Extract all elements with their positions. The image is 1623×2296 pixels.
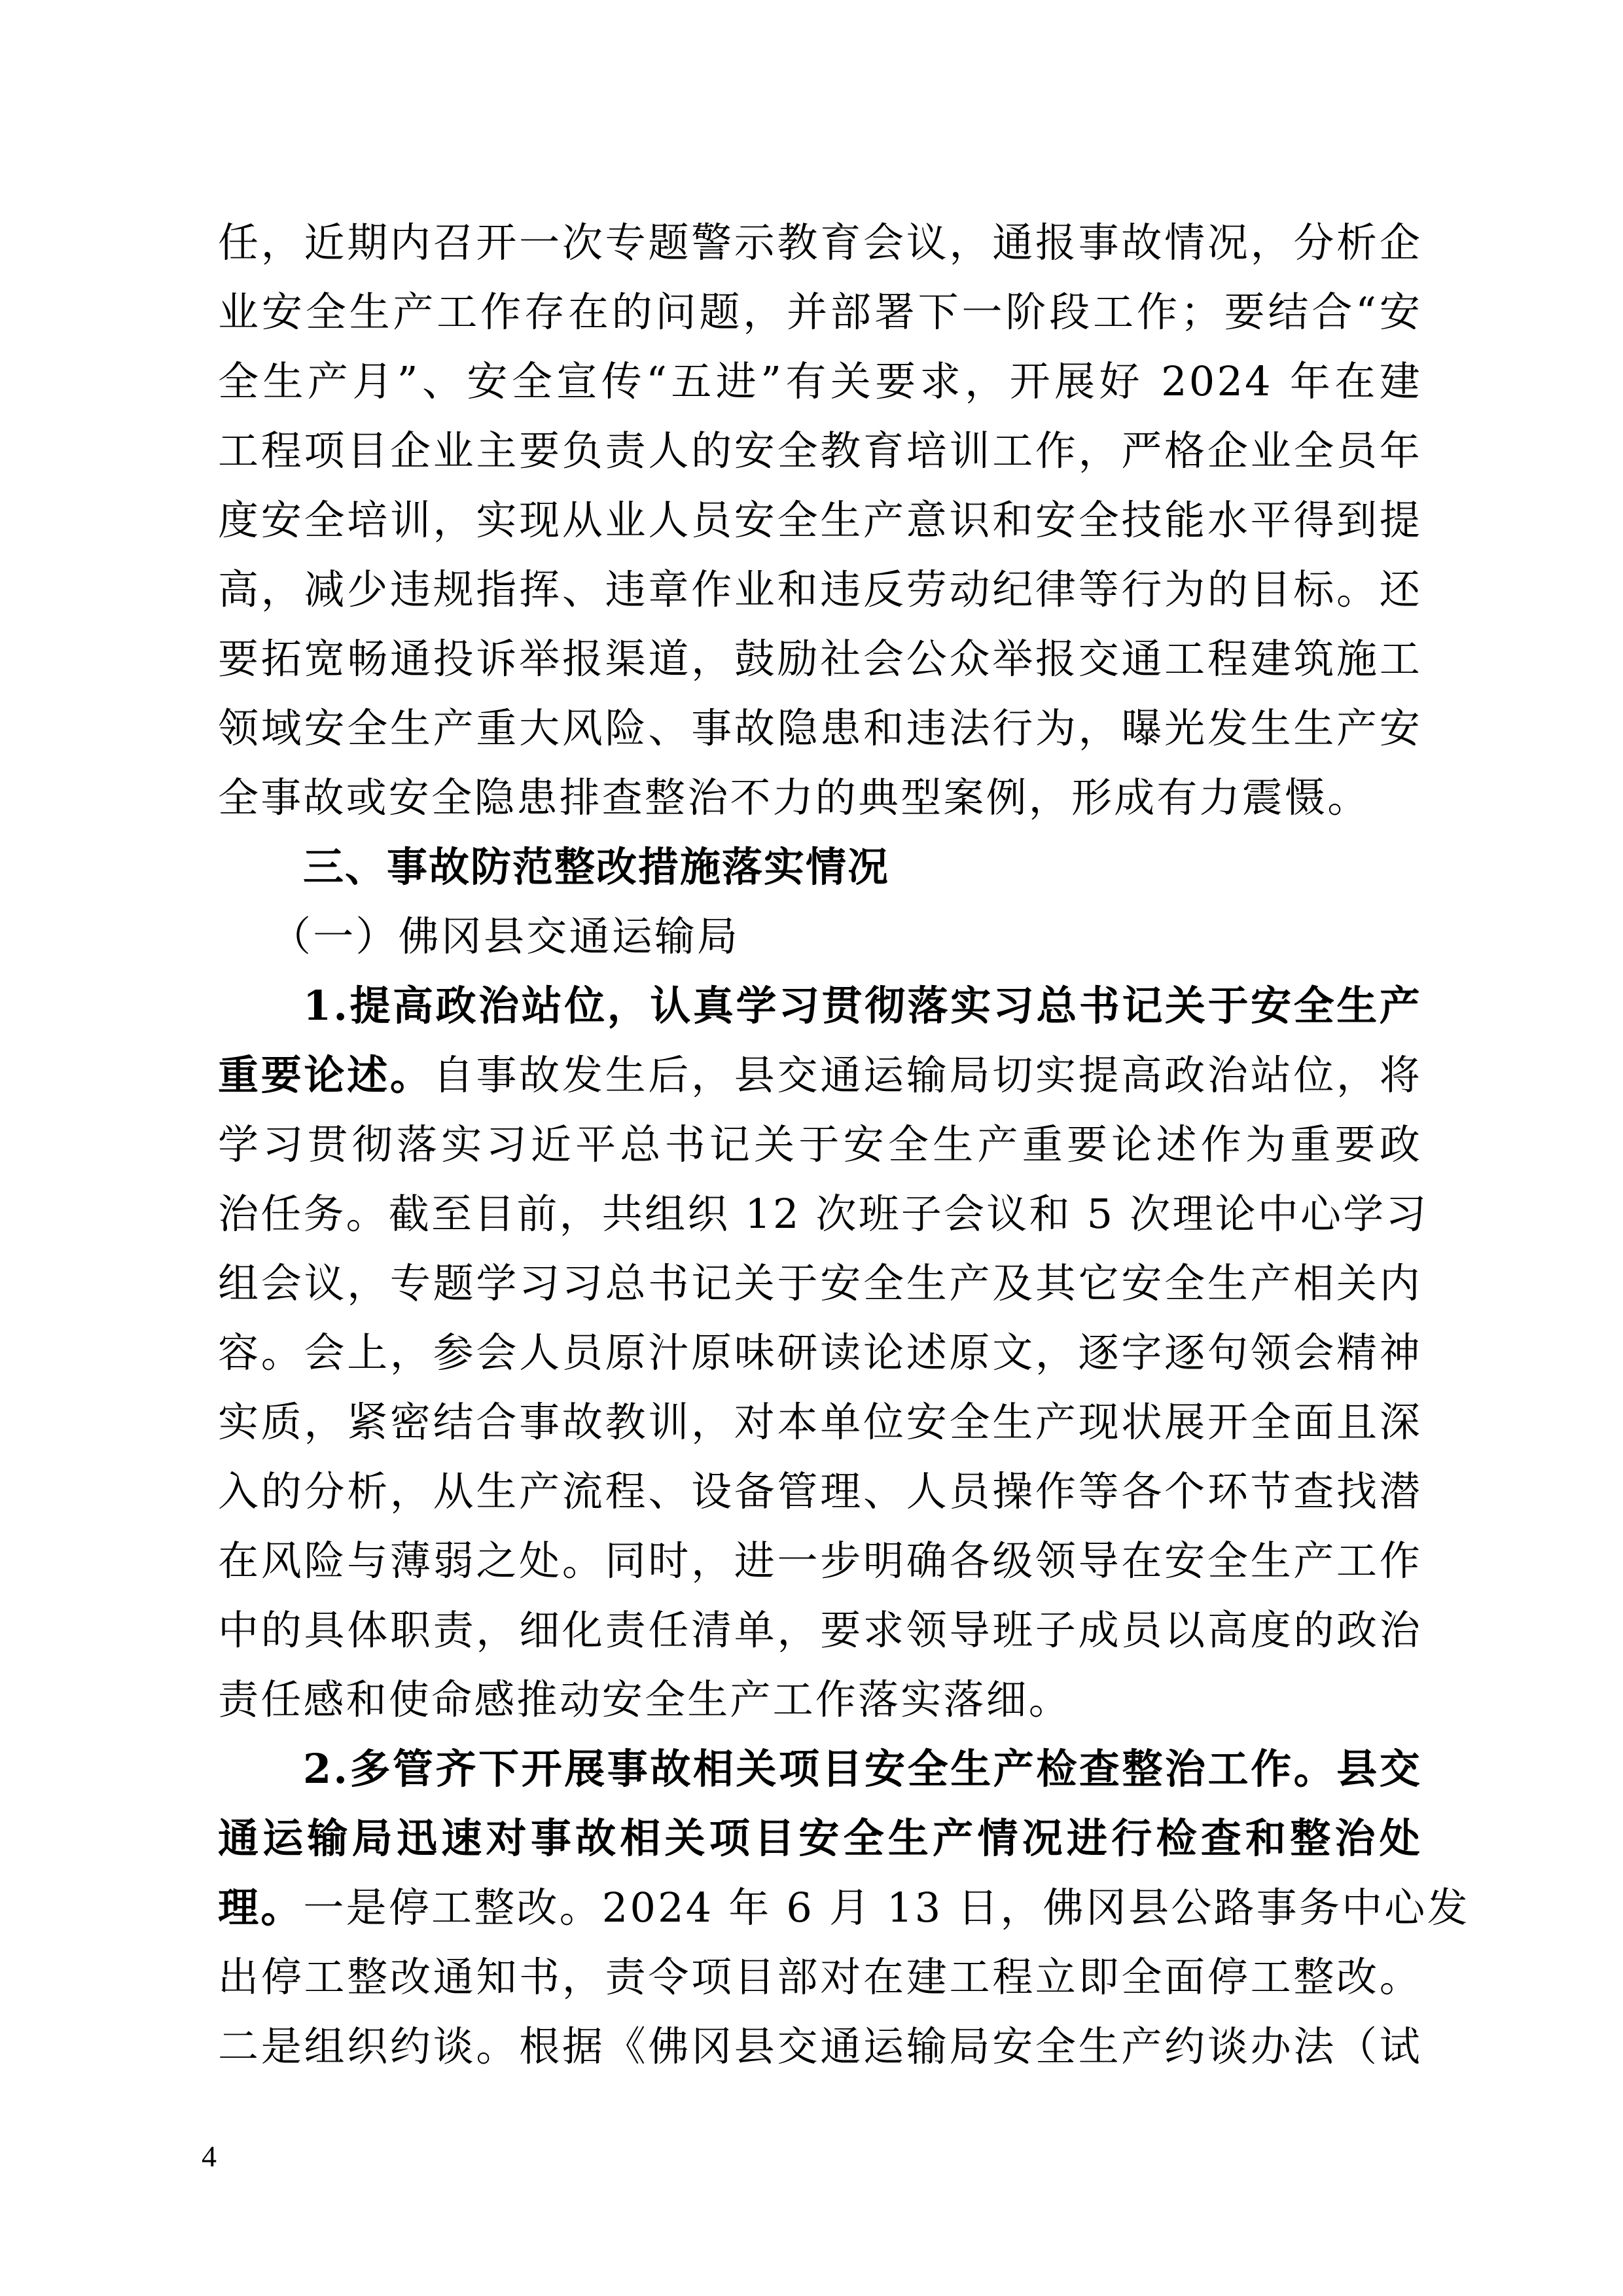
paragraph-line: 入的分析，从生产流程、设备管理、人员操作等各个环节查找潜 xyxy=(218,1457,1422,1526)
item-1-title: 1.提高政治站位，认真学习贯彻落实习总书记关于安全生产 xyxy=(218,971,1422,1041)
document-page: 任，近期内召开一次专题警示教育会议，通报事故情况，分析企 业安全生产工作存在的问… xyxy=(0,0,1623,2296)
paragraph-line: 领域安全生产重大风险、事故隐患和违法行为，曝光发生生产安 xyxy=(218,694,1422,763)
item-2-title: 2.多管齐下开展事故相关项目安全生产检查整治工作。县交 xyxy=(218,1734,1422,1804)
page-number: 4 xyxy=(202,2139,217,2174)
paragraph-line: 治任务。截至目前，共组织 12 次班子会议和 5 次理论中心学习 xyxy=(218,1179,1422,1249)
paragraph-line: 组会议，专题学习习总书记关于安全生产及其它安全生产相关内 xyxy=(218,1249,1422,1318)
paragraph-line: 在风险与薄弱之处。同时，进一步明确各级领导在安全生产工作 xyxy=(218,1526,1422,1596)
body-text: 任，近期内召开一次专题警示教育会议，通报事故情况，分析企 业安全生产工作存在的问… xyxy=(218,208,1422,2081)
item-1-title-end: 重要论述。 xyxy=(218,1051,433,1099)
paragraph-line: 工程项目企业主要负责人的安全教育培训工作，严格企业全员年 xyxy=(218,416,1422,486)
item-1-text: 自事故发生后，县交通运输局切实提高政治站位，将 xyxy=(433,1051,1422,1099)
subsection-heading: （一）佛冈县交通运输局 xyxy=(218,902,1422,971)
paragraph-line: 任，近期内召开一次专题警示教育会议，通报事故情况，分析企 xyxy=(218,208,1422,278)
item-2-text: 一是停工整改。2024 年 6 月 13 日，佛冈县公路事务中心发 xyxy=(303,1884,1469,1931)
paragraph-line: 度安全培训，实现从业人员安全生产意识和安全技能水平得到提 xyxy=(218,486,1422,555)
paragraph-line: 中的具体职责，细化责任清单，要求领导班子成员以高度的政治 xyxy=(218,1596,1422,1665)
item-2-title: 通运输局迅速对事故相关项目安全生产情况进行检查和整治处 xyxy=(218,1804,1422,1873)
paragraph-line: 要拓宽畅通投诉举报渠道，鼓励社会公众举报交通工程建筑施工 xyxy=(218,624,1422,694)
item-2-title-end: 理。 xyxy=(218,1884,303,1931)
paragraph-line: 学习贯彻落实习近平总书记关于安全生产重要论述作为重要政 xyxy=(218,1110,1422,1179)
paragraph-line: 责任感和使命感推动安全生产工作落实落细。 xyxy=(218,1665,1422,1734)
paragraph-line: 全事故或安全隐患排查整治不力的典型案例，形成有力震慑。 xyxy=(218,763,1422,833)
paragraph-line: 业安全生产工作存在的问题，并部署下一阶段工作；要结合“安 xyxy=(218,278,1422,347)
paragraph-line: 高，减少违规指挥、违章作业和违反劳动纪律等行为的目标。还 xyxy=(218,555,1422,624)
section-heading: 三、事故防范整改措施落实情况 xyxy=(218,833,1422,902)
paragraph-line: 实质，紧密结合事故教训，对本单位安全生产现状展开全面且深 xyxy=(218,1388,1422,1457)
paragraph-line: 容。会上，参会人员原汁原味研读论述原文，逐字逐句领会精神 xyxy=(218,1318,1422,1388)
paragraph-line: 全生产月”、安全宣传“五进”有关要求，开展好 2024 年在建 xyxy=(218,347,1422,416)
paragraph-line: 出停工整改通知书，责令项目部对在建工程立即全面停工整改。 xyxy=(218,1943,1422,2012)
item-1-line: 重要论述。自事故发生后，县交通运输局切实提高政治站位，将 xyxy=(218,1041,1422,1110)
item-2-line: 理。一是停工整改。2024 年 6 月 13 日，佛冈县公路事务中心发 xyxy=(218,1873,1422,1943)
paragraph-line: 二是组织约谈。根据《佛冈县交通运输局安全生产约谈办法（试 xyxy=(218,2012,1422,2081)
